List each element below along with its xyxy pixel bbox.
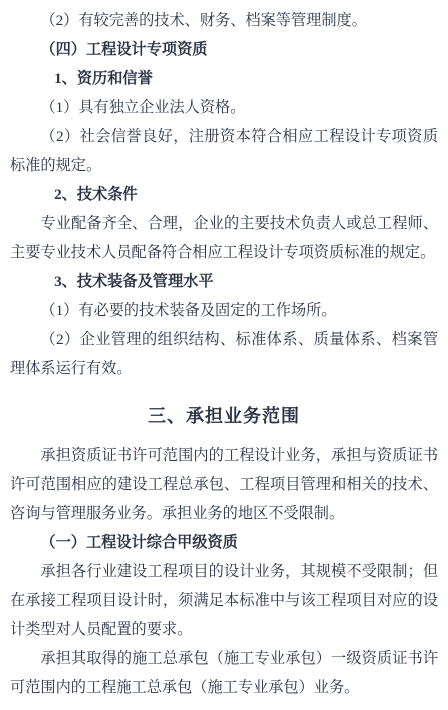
paragraph-scope-general: 承担资质证书许可范围内的工程设计业务，承担与资质证书许可范围相应的建设工程总承包… bbox=[10, 441, 438, 528]
document-page: （2）有较完善的技术、财务、档案等管理制度。 （四）工程设计专项资质 1、资历和… bbox=[0, 0, 448, 710]
subsection-heading-comprehensive-grade-a: （一）工程设计综合甲级资质 bbox=[10, 528, 438, 557]
paragraph-legal-person: （1）具有独立企业法人资格。 bbox=[10, 93, 438, 122]
section-title-business-scope: 三、承担业务范围 bbox=[10, 403, 438, 429]
paragraph-equipment-premises: （1）有必要的技术装备及固定的工作场所。 bbox=[10, 296, 438, 325]
paragraph-staffing: 专业配备齐全、合理，企业的主要技术负责人或总工程师、主要专业技术人员配备符合相应… bbox=[10, 209, 438, 267]
clause-heading-credentials: 1、资历和信誉 bbox=[10, 64, 438, 93]
subsection-heading-special-design: （四）工程设计专项资质 bbox=[10, 35, 438, 64]
paragraph-management-systems: （2）有较完善的技术、财务、档案等管理制度。 bbox=[10, 6, 438, 35]
clause-heading-equipment: 3、技术装备及管理水平 bbox=[10, 267, 438, 296]
paragraph-scope-design: 承担各行业建设工程项目的设计业务，其规模不受限制；但在承接工程项目设计时，须满足… bbox=[10, 557, 438, 644]
clause-heading-technical: 2、技术条件 bbox=[10, 180, 438, 209]
paragraph-scope-contracting: 承担其取得的施工总承包（施工专业承包）一级资质证书许可范围内的工程施工总承包（施… bbox=[10, 644, 438, 702]
paragraph-management-structure: （2）企业管理的组织结构、标准体系、质量体系、档案管理体系运行有效。 bbox=[10, 325, 438, 383]
paragraph-social-credit: （2）社会信誉良好，注册资本符合相应工程设计专项资质标准的规定。 bbox=[10, 122, 438, 180]
